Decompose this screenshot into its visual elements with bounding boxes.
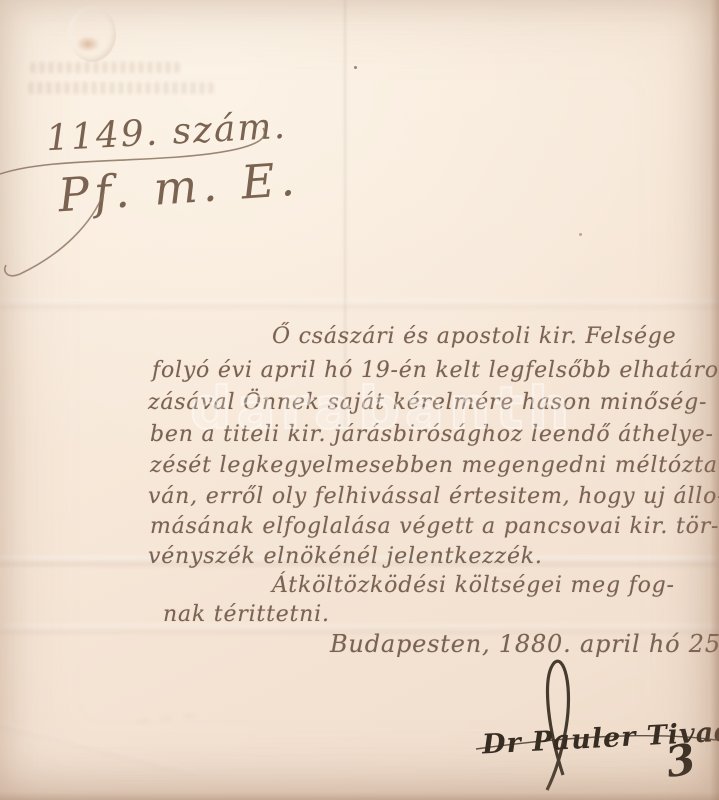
handwritten-line: nak térittetni. — [163, 602, 330, 627]
embossed-crest-seal — [68, 6, 116, 62]
scan-edge-bottom — [0, 792, 719, 800]
ink-showthrough: ~ ~ ~ — [7, 702, 202, 782]
embossed-letterhead-line-2 — [28, 82, 214, 94]
handwritten-line: folyó évi april hó 19-én kelt legfelsőbb… — [152, 358, 719, 383]
handwritten-line: Ő császári és apostoli kir. Felsége — [272, 324, 676, 349]
ink-speck — [354, 66, 357, 69]
dateline: Budapesten, 1880. april hó 25. — [330, 630, 719, 658]
reference-number: 1149. szám. — [45, 106, 288, 160]
handwritten-line: ben a titeli kir. járásbirósághoz leendő… — [150, 422, 714, 447]
handwritten-line: Átköltözködési költségei meg fog- — [272, 573, 675, 598]
file-notation-initials: Pf. m. E. — [56, 152, 301, 223]
embossed-letterhead-line-1 — [30, 62, 180, 73]
handwritten-line: másának elfoglalása végett a pancsovai k… — [150, 514, 719, 539]
fold-crease-horizontal-upper — [0, 299, 719, 309]
handwritten-line: zásával Önnek saját kérelmére hason minő… — [148, 390, 707, 415]
paper-stain — [76, 36, 100, 52]
handwritten-line: zését legkegyelmesebben megengedni méltó… — [150, 453, 719, 478]
ink-speck — [579, 233, 582, 236]
scanned-letter-page: 1149. szám. Pf. m. E. Ő császári és apos… — [0, 0, 719, 800]
fold-crease-diagonal — [0, 714, 197, 776]
handwritten-line: ván, erről oly felhivással értesitem, ho… — [148, 484, 719, 509]
handwritten-line: vényszék elnökénél jelentkezzék. — [148, 544, 543, 569]
scan-edge-right — [710, 0, 719, 800]
